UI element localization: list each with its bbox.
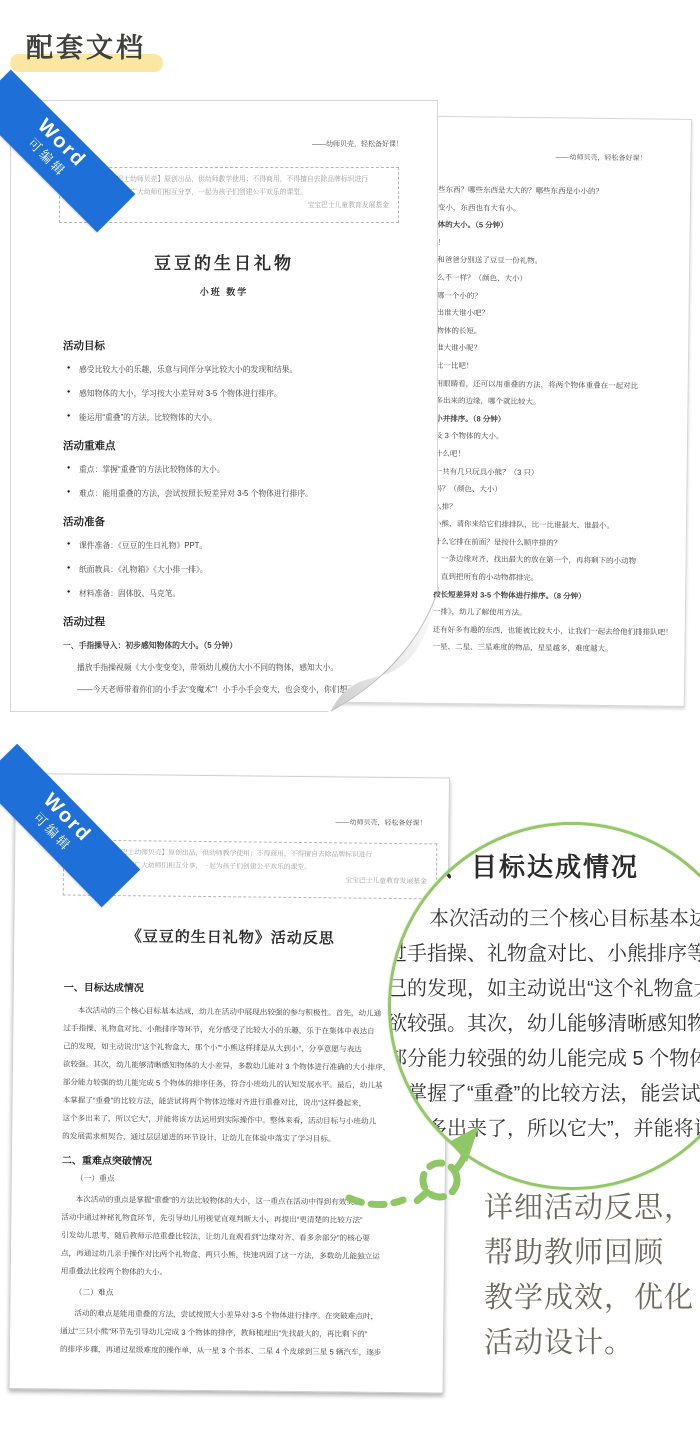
caption-line: 活动设计。 — [484, 1321, 700, 1366]
preparation-bullet: 纸面教具：《礼物箱》《大小排一排》。 — [67, 564, 411, 575]
magnifier-line: 己的发现，如主动说出“这个礼物盒大，那个小”“小熊这样排 — [388, 972, 700, 1007]
caption-line: 帮助教师回顾 — [484, 1231, 700, 1276]
doc1-page2-slogan: ——幼师贝壳，轻松备好课！ — [555, 152, 646, 163]
doc1-page2-line: 吗？（颜色、大小） — [434, 480, 672, 501]
caption-line: 教学成效，优化 — [484, 1276, 700, 1321]
magnifier-line: 本掌握了“重叠”的比较方法，能尝试将两个物体边缘对齐进行 — [388, 1077, 700, 1112]
magnifier-line: 本次活动的三个核心目标基本达成，幼儿在活动中展现出较强 — [388, 902, 700, 937]
goal-bullet: 感知物体的大小，学习按大小差异对 3-5 个物体进行排序。 — [67, 388, 411, 399]
page-curl-icon — [327, 585, 441, 715]
goal-bullet: 感受比较大小的乐趣，乐意与同伴分享比较大小的发现和结果。 — [67, 364, 411, 375]
doc1-page2-line: 比一比吧！ — [436, 357, 674, 378]
caption-line: 详细活动反思， — [484, 1186, 700, 1231]
keypoint-bullet: 难点：能用重叠的方法，尝试按照长短差异对 3-5 个物体进行排序。 — [67, 488, 411, 499]
doc2-page: ——幼师贝壳，轻松备好课！ 本内容为【宝宝巴士幼师贝壳】原创出品，供幼师教学使用… — [9, 773, 450, 1394]
doc1-slogan: ——幼师贝壳，轻松备好课！ — [312, 139, 403, 149]
doc2-slogan: ——幼师贝壳，轻松备好课！ — [335, 817, 426, 828]
doc2-subheading-difficulty: （二）难点 — [75, 1287, 445, 1302]
section-heading-goals: 活动目标 — [63, 338, 411, 353]
doc2-title: 《豆豆的生日礼物》活动反思 — [14, 924, 447, 950]
doc1-page2-line: 及 3 个物体的大小。 — [435, 427, 673, 448]
ribbon-word-label: Word — [0, 746, 138, 890]
section-heading-preparation: 活动准备 — [63, 514, 411, 529]
magnifier-line: 欲较强。其次，幼儿能够清晰感知物体的大小差异，多数幼儿能 — [388, 1007, 700, 1042]
goal-bullet: 能运用“重叠”的方法，比较物体的大小。 — [67, 412, 411, 423]
doc1-page1: ——幼师贝壳，轻松备好课！ 本内容为【宝宝巴士幼师贝壳】原创出品，供幼师教学使用… — [10, 100, 438, 712]
doc1-page2-line: 体的大小。（5 分钟） — [438, 216, 676, 237]
magnifier-heading: 一、目标达成情况 — [415, 847, 700, 884]
magnifier-lines: 本次活动的三个核心目标基本达成，幼儿在活动中展现出较强过手指操、礼物盒对比、小熊… — [388, 902, 700, 1147]
goals-bullets: 感受比较大小的乐趣，乐意与同伴分享比较大小的发现和结果。感知物体的大小，学习按大… — [63, 364, 411, 423]
doc1-page2-line: 么不一样？（颜色、大小） — [437, 269, 675, 290]
doc2-text-line: 的排序步骤，再通过星级难度的操作单，从一星 3 个书本、二星 4 个皮球到三星 … — [60, 1341, 444, 1363]
doc1-subtitle: 小班 数学 — [11, 285, 437, 298]
doc1-title: 豆豆的生日礼物 — [11, 249, 437, 274]
preparation-bullet: 课件准备：《豆豆的生日礼物》PPT。 — [67, 540, 411, 551]
magnifier-line: 部分能力较强的幼儿能完成 5 个物体的排序任务，符合小班幼儿 — [388, 1042, 700, 1077]
magnifier-arrow-icon — [345, 1122, 491, 1242]
magnifier-text: 一、目标达成情况 本次活动的三个核心目标基本达成，幼儿在活动中展现出较强过手指操… — [388, 847, 700, 1147]
promo-page: 配套文档 ——幼师贝壳，轻松备好课！ 些东西？哪些东西是大大的？哪些东西是小小的… — [0, 0, 700, 1432]
doc1-page2-line: 一星、二星、三星难度的物品，星星越多，难度越大。 — [432, 638, 670, 659]
section-heading-keypoints: 活动重难点 — [63, 438, 411, 453]
doc1-page2-text: 些东西？哪些东西是大大的？哪些东西是小小的？变小，东西也有大有小。体的大小。（5… — [432, 181, 676, 659]
keypoints-bullets: 重点：掌握“重叠”的方法比较物体的大小。难点：能用重叠的方法，尝试按照长短差异对… — [63, 464, 411, 499]
doc2-paragraph-3: 活动的难点是能用重叠的方法，尝试按照大小差异对 3-5 个物体进行排序。在突破难… — [60, 1305, 445, 1363]
doc2-text-line: 用重叠法比较两个物体的大小。 — [61, 1263, 445, 1285]
keypoint-bullet: 重点：掌握“重叠”的方法比较物体的大小。 — [67, 464, 411, 475]
page-title: 配套文档 — [26, 26, 146, 65]
magnifier-line: 过手指操、礼物盒对比、小熊排序等环节，充分感受了比较大小 — [388, 937, 700, 972]
caption-text: 详细活动反思，帮助教师回顾教学成效，优化活动设计。 — [484, 1186, 700, 1366]
